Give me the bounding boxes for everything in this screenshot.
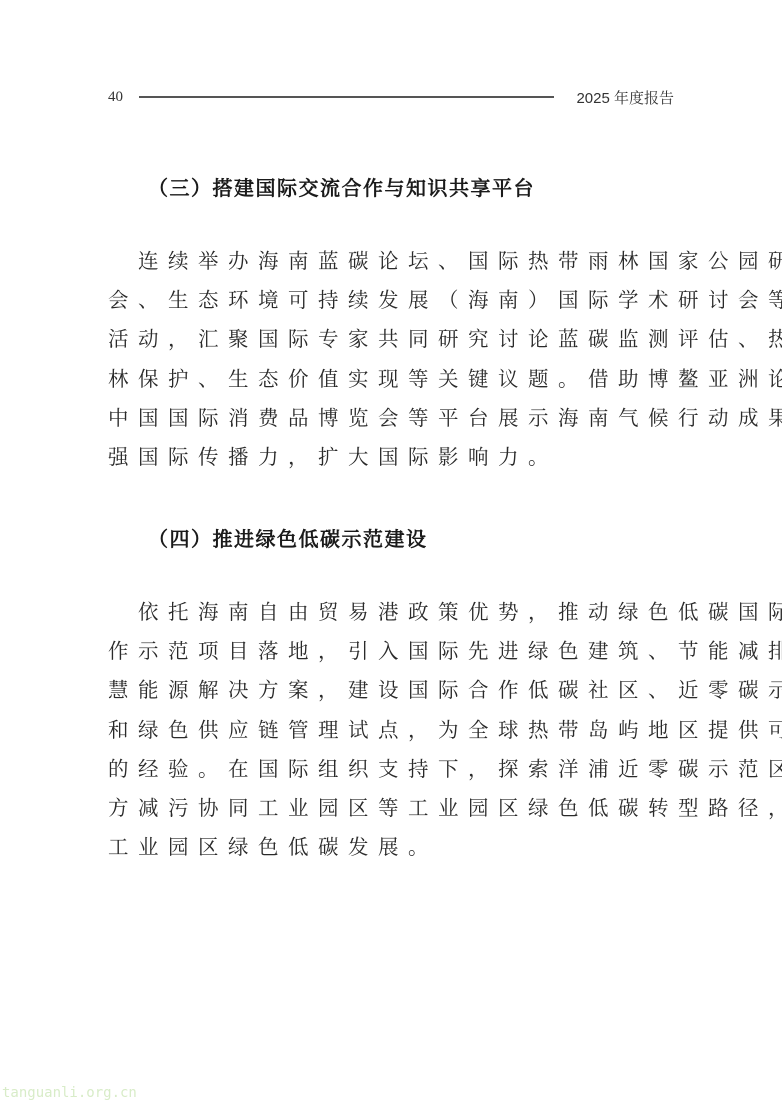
- paragraph-line: 会、生态环境可持续发展（海南）国际学术研讨会等品牌: [108, 281, 674, 320]
- section-4-paragraph: 依托海南自由贸易港政策优势，推动绿色低碳国际合 作示范项目落地，引入国际先进绿色…: [108, 593, 674, 867]
- paragraph-line: 强国际传播力，扩大国际影响力。: [108, 438, 674, 477]
- header-rule: [139, 96, 554, 98]
- paragraph-line: 活动，汇聚国际专家共同研究讨论蓝碳监测评估、热带雨: [108, 320, 674, 359]
- paragraph-line: 方减污协同工业园区等工业园区绿色低碳转型路径，推动: [108, 789, 674, 828]
- section-3-paragraph: 连续举办海南蓝碳论坛、国际热带雨林国家公园研讨 会、生态环境可持续发展（海南）国…: [108, 242, 674, 477]
- paragraph-line: 慧能源解决方案，建设国际合作低碳社区、近零碳示范区: [108, 671, 674, 710]
- watermark: tanguanli.org.cn: [2, 1085, 137, 1101]
- paragraph-line: 林保护、生态价值实现等关键议题。借助博鳌亚洲论坛、: [108, 360, 674, 399]
- section-heading-4: （四）推进绿色低碳示范建设: [148, 523, 428, 552]
- paragraph-line: 作示范项目落地，引入国际先进绿色建筑、节能减排、智: [108, 632, 674, 671]
- paragraph-line: 中国国际消费品博览会等平台展示海南气候行动成果，增: [108, 399, 674, 438]
- section-heading-3: （三）搭建国际交流合作与知识共享平台: [148, 172, 535, 201]
- paragraph-line: 连续举办海南蓝碳论坛、国际热带雨林国家公园研讨: [108, 242, 674, 281]
- paragraph-line: 和绿色供应链管理试点，为全球热带岛屿地区提供可复制: [108, 711, 674, 750]
- report-title: 2025 年度报告: [576, 87, 674, 108]
- page-number: 40: [108, 89, 123, 106]
- paragraph-line: 工业园区绿色低碳发展。: [108, 828, 674, 867]
- paragraph-line: 的经验。在国际组织支持下，探索洋浦近零碳示范区、东: [108, 750, 674, 789]
- paragraph-line: 依托海南自由贸易港政策优势，推动绿色低碳国际合: [108, 593, 674, 632]
- page-header: 40 2025 年度报告: [108, 86, 674, 108]
